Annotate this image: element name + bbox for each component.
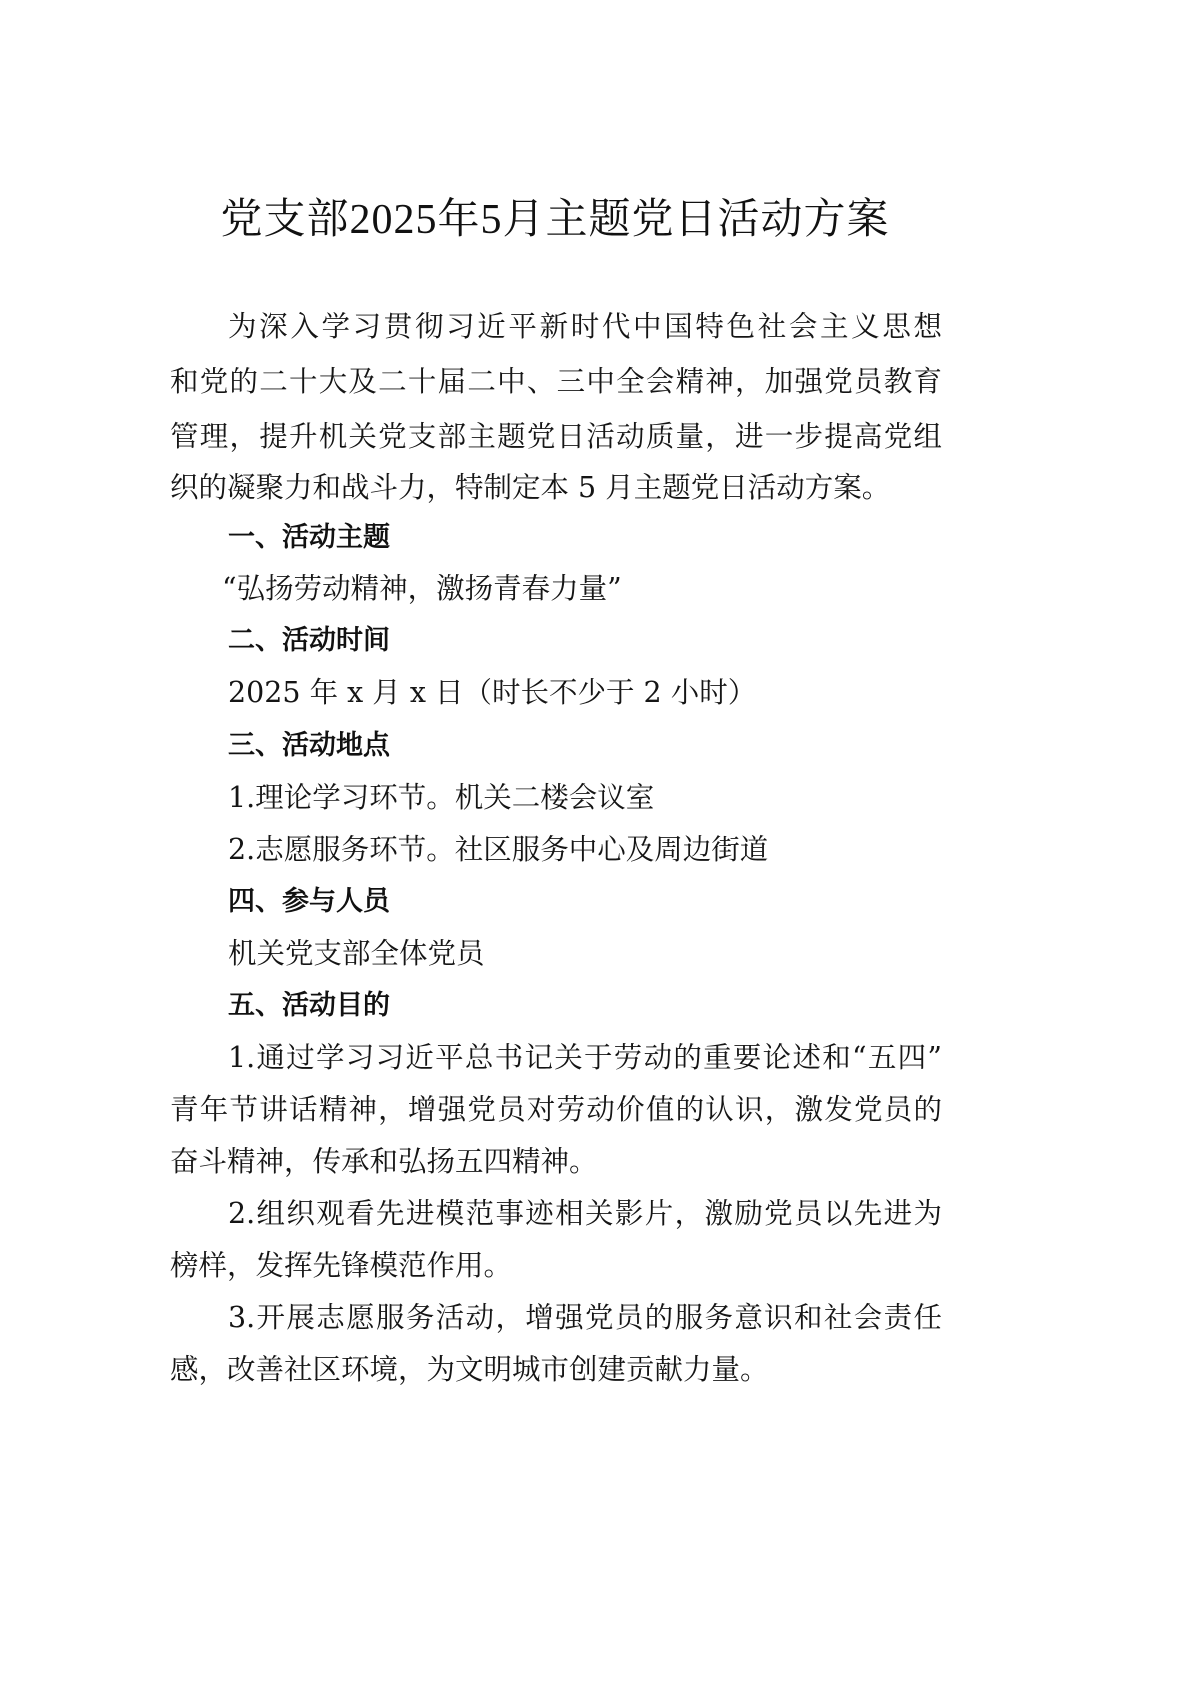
section-heading-time: 二、活动时间	[228, 621, 390, 661]
section-heading-theme: 一、活动主题	[228, 518, 390, 558]
theme-text: “弘扬劳动精神，激扬青春力量”	[222, 569, 622, 609]
location-item-1: 1.理论学习环节。机关二楼会议室	[228, 778, 654, 818]
document-title: 党支部2025年5月主题党日活动方案	[0, 190, 1110, 250]
section-heading-purpose: 五、活动目的	[228, 986, 390, 1026]
intro-line-3: 管理，提升机关党支部主题党日活动质量，进一步提高党组	[170, 417, 942, 457]
purpose-item-3-line-2: 感，改善社区环境，为文明城市创建贡献力量。	[170, 1350, 942, 1390]
intro-line-4: 织的凝聚力和战斗力，特制定本 5 月主题党日活动方案。	[170, 468, 942, 508]
time-text: 2025 年 x 月 x 日（时长不少于 2 小时）	[228, 673, 756, 713]
purpose-item-1-line-2: 青年节讲话精神，增强党员对劳动价值的认识，激发党员的	[170, 1090, 942, 1130]
participants-text: 机关党支部全体党员	[228, 934, 485, 974]
purpose-item-1-line-1: 1.通过学习习近平总书记关于劳动的重要论述和“五四”	[228, 1038, 942, 1078]
intro-line-2: 和党的二十大及二十届二中、三中全会精神，加强党员教育	[170, 362, 942, 402]
purpose-item-3-line-1: 3.开展志愿服务活动，增强党员的服务意识和社会责任	[228, 1298, 942, 1338]
purpose-item-2-line-2: 榜样，发挥先锋模范作用。	[170, 1246, 942, 1286]
intro-line-1: 为深入学习贯彻习近平新时代中国特色社会主义思想	[228, 307, 942, 347]
location-item-2: 2.志愿服务环节。社区服务中心及周边街道	[228, 830, 768, 870]
document-page: 党支部2025年5月主题党日活动方案 为深入学习贯彻习近平新时代中国特色社会主义…	[0, 0, 1190, 1683]
purpose-item-1-line-3: 奋斗精神，传承和弘扬五四精神。	[170, 1142, 942, 1182]
section-heading-location: 三、活动地点	[228, 726, 390, 766]
section-heading-participants: 四、参与人员	[228, 882, 390, 922]
purpose-item-2-line-1: 2.组织观看先进模范事迹相关影片，激励党员以先进为	[228, 1194, 942, 1234]
